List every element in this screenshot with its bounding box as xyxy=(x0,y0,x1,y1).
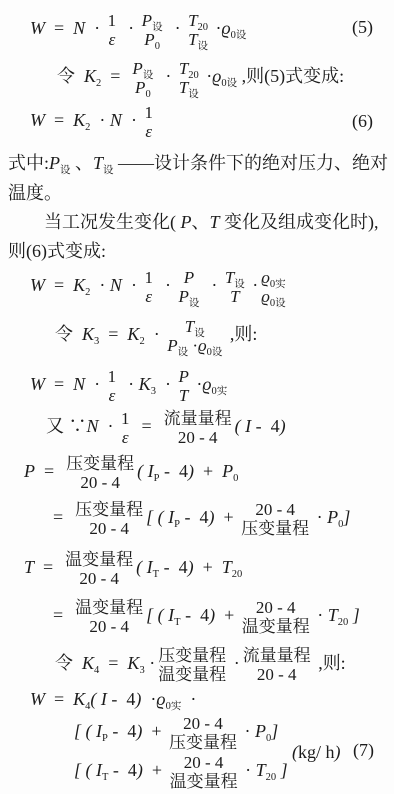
subscripted-symbol: IP xyxy=(96,721,108,741)
equation-number-5: (5) xyxy=(352,17,373,38)
formula-token: 变化及组成变化时), xyxy=(220,212,379,232)
formula-token: 20 xyxy=(188,70,199,81)
formula-token: 0 xyxy=(338,519,343,530)
formula-token: ε xyxy=(108,386,117,405)
formula-token: · xyxy=(90,110,110,130)
formula-token: 20 - 4 xyxy=(80,473,120,492)
subscripted-symbol: T设 xyxy=(225,268,245,287)
formula-token: P xyxy=(181,212,192,232)
formula-token: ε xyxy=(122,428,129,447)
fraction: 1ε xyxy=(107,367,118,405)
fraction: 温变量程20 - 4 xyxy=(64,550,134,588)
formula-token: I xyxy=(148,461,154,481)
formula-token: N xyxy=(73,18,85,38)
formula-token: P设 xyxy=(131,59,154,78)
formula-token: · xyxy=(156,66,176,86)
formula-token: 设 xyxy=(178,347,189,358)
formula-token: ε xyxy=(109,30,116,49)
equation-w-k3: W = N · 1ε · K3 · PT ·ϱ0实 xyxy=(30,367,227,405)
formula-token: 温度。 xyxy=(8,183,62,203)
formula-token: K xyxy=(73,275,85,295)
formula-token: 20 - 4 xyxy=(182,714,224,733)
subscripted-symbol: ϱ0设 xyxy=(212,66,237,86)
formula-token: T xyxy=(256,760,266,780)
formula-token: P xyxy=(102,733,108,744)
subscripted-symbol: P0 xyxy=(327,507,343,527)
formula-token: 1 xyxy=(108,11,117,30)
scanned-paper-page: W = N · 1ε · P设P0 · T20T设 ·ϱ0设 令 K2 = P设… xyxy=(0,0,394,794)
formula-token: 20 - 4 xyxy=(183,714,223,733)
formula-token: 0实 xyxy=(166,701,182,712)
formula-token: 令 xyxy=(57,66,84,86)
formula-token: 0实 xyxy=(270,279,286,290)
subscripted-symbol: K2 xyxy=(73,110,90,130)
formula-token: ) xyxy=(280,416,286,436)
fraction: P设P0 xyxy=(141,11,164,49)
formula-token: 20 - 4 xyxy=(88,617,130,636)
formula-token: P xyxy=(132,59,142,78)
formula-token: T xyxy=(185,317,194,336)
formula-token: ε xyxy=(144,287,153,306)
formula-token: 1 xyxy=(108,367,117,386)
subscripted-symbol: P0 xyxy=(255,721,271,741)
formula-token: P xyxy=(24,461,35,481)
fraction: 流量量程20 - 4 xyxy=(163,409,233,447)
formula-token: 温变量程 xyxy=(242,617,310,636)
formula-token: W xyxy=(30,18,45,38)
formula-token: T xyxy=(222,557,232,577)
formula-token: 0设 xyxy=(231,30,247,41)
formula-token: · xyxy=(181,689,196,709)
formula-token: K xyxy=(127,653,139,673)
where-clause-line-1: 式中:P设 、T设 ——设计条件下的绝对压力、绝对 xyxy=(8,151,388,179)
formula-token: 设 xyxy=(198,41,209,52)
formula-token: [ ( xyxy=(74,721,96,741)
formula-token: [ ( xyxy=(74,760,96,780)
formula-token: · xyxy=(122,275,142,295)
formula-token: - 4 xyxy=(108,721,137,741)
formula-token: 1 xyxy=(144,103,153,122)
define-k4-line: 令 K4 = K3 ·压变量程温变量程 ·流量量程20 - 4 ,则: xyxy=(55,646,346,684)
formula-token: · xyxy=(240,721,255,741)
formula-token: P xyxy=(255,721,266,741)
formula-token: 温变量程 xyxy=(158,665,226,684)
formula-token: T20 xyxy=(187,11,209,30)
formula-token: T xyxy=(225,268,234,287)
equation-7-numerator: [ ( IP - 4) + 20 - 4压变量程 · P0] xyxy=(74,714,278,752)
fraction: 20 - 4压变量程 xyxy=(240,500,310,538)
define-k2-line: 令 K2 = P设P0 · T20T设 ·ϱ0设 ,则(5)式变成: xyxy=(57,59,344,97)
subscripted-symbol: K3 xyxy=(82,324,99,344)
formula-token: T xyxy=(179,78,188,97)
equation-6: W = K2 · N · 1ε xyxy=(30,103,156,141)
formula-token: - 4 xyxy=(108,760,137,780)
subscripted-symbol: T20 xyxy=(256,760,277,780)
formula-token: P xyxy=(222,461,233,481)
formula-token: ) xyxy=(335,742,341,762)
equation-7-denominator: [ ( IT - 4) + 20 - 4温变量程 · T20 ] xyxy=(74,753,288,791)
formula-token: 1 xyxy=(107,11,118,30)
subscripted-symbol: P设 xyxy=(132,59,153,78)
formula-token: - 4 xyxy=(107,689,136,709)
formula-token: P xyxy=(184,268,194,287)
fraction: 20 - 4温变量程 xyxy=(169,753,239,791)
formula-token: 压变量程 xyxy=(168,733,238,752)
formula-token: ε xyxy=(121,428,130,447)
subscripted-symbol: P设 xyxy=(167,336,188,355)
formula-token: - 4 xyxy=(251,416,280,436)
formula-token: K xyxy=(127,324,139,344)
formula-token: K xyxy=(82,653,94,673)
formula-token: · xyxy=(248,275,259,295)
formula-token: 20 - 4 xyxy=(89,519,129,538)
formula-token: 1 xyxy=(144,268,153,287)
formula-token: - 4 xyxy=(181,605,210,625)
formula-token: · xyxy=(145,324,165,344)
formula-token: ε xyxy=(108,30,117,49)
fraction: 20 - 4温变量程 xyxy=(241,598,311,636)
formula-token: - 4 xyxy=(180,507,209,527)
formula-token: 20 - 4 xyxy=(184,753,224,772)
subscripted-symbol: T20 xyxy=(179,59,199,78)
subscripted-symbol: K4 xyxy=(73,689,90,709)
fraction: T20T设 xyxy=(178,59,200,97)
formula-token: 20 - 4 xyxy=(89,617,129,636)
formula-token: 当工况发生变化( xyxy=(44,212,181,232)
formula-token: 流量量程 xyxy=(242,646,312,665)
formula-token: 20 - 4 xyxy=(79,569,119,588)
subscripted-symbol: T设 xyxy=(185,317,205,336)
formula-token: 20 - 4 xyxy=(256,598,296,617)
formula-token: · xyxy=(99,416,119,436)
equation-number-6: (6) xyxy=(352,111,373,132)
formula-token: 2 xyxy=(139,336,144,347)
formula-token: P xyxy=(177,367,189,386)
formula-token: W xyxy=(30,275,45,295)
equation-7-line-1: W = K4( I - 4) ·ϱ0实 · xyxy=(30,687,196,715)
define-k3-line: 令 K3 = K2 · T设P设 ·ϱ0设 ,则: xyxy=(55,317,257,355)
formula-token: = xyxy=(99,653,127,673)
formula-token: · xyxy=(192,374,203,394)
formula-token: 流量量程 xyxy=(243,646,311,665)
formula-token: ( I xyxy=(235,416,252,436)
formula-token: P设 xyxy=(141,11,164,30)
formula-token: 流量量程 xyxy=(164,409,232,428)
formula-token: 0设 xyxy=(270,298,286,309)
formula-token: ,则: xyxy=(225,324,257,344)
formula-token: K xyxy=(82,324,94,344)
fraction: P设P0 xyxy=(131,59,154,97)
subscripted-symbol: IT xyxy=(168,605,180,625)
formula-token: 4 xyxy=(94,665,99,676)
formula-token: 3 xyxy=(139,665,144,676)
equation-5: W = N · 1ε · P设P0 · T20T设 ·ϱ0设 xyxy=(30,11,246,49)
formula-token: 温变量程 xyxy=(64,550,134,569)
formula-token: 压变量程 xyxy=(75,500,143,519)
formula-token: P xyxy=(174,519,180,530)
subscripted-symbol: P设 xyxy=(142,11,163,30)
formula-token: 设 xyxy=(152,22,163,33)
condition-paragraph-line-1: 当工况发生变化( P、T 变化及组成变化时), xyxy=(44,210,379,234)
formula-token: T xyxy=(328,605,338,625)
formula-token: · xyxy=(90,275,110,295)
formula-token: · xyxy=(202,66,213,86)
formula-token: ,则(5)式变成: xyxy=(237,66,344,86)
formula-token: 设 xyxy=(194,328,205,339)
subscripted-symbol: K2 xyxy=(73,275,90,295)
formula-token: 设 xyxy=(188,89,199,100)
formula-token: 0设 xyxy=(221,78,237,89)
formula-token: 设 xyxy=(143,70,154,81)
formula-token: 0 xyxy=(145,89,150,100)
fraction: 20 - 4压变量程 xyxy=(168,714,238,752)
formula-token: 2 xyxy=(85,287,90,298)
formula-token: T xyxy=(93,153,103,173)
subscripted-symbol: K3 xyxy=(139,374,156,394)
formula-token: · xyxy=(166,18,186,38)
formula-token: T设 xyxy=(224,268,246,287)
formula-token: = xyxy=(34,557,62,577)
subscripted-symbol: K4 xyxy=(82,653,99,673)
formula-token: 20 - 4 xyxy=(88,519,130,538)
formula-token: 又 ∵ xyxy=(46,416,87,436)
formula-token: · xyxy=(85,18,105,38)
formula-token: · xyxy=(145,653,156,673)
formula-token: 则(6)式变成: xyxy=(8,241,106,261)
formula-token: · xyxy=(211,18,222,38)
formula-token: P设 xyxy=(177,287,200,306)
formula-token: · xyxy=(229,653,240,673)
formula-token: 、 xyxy=(192,212,210,232)
formula-token: · xyxy=(141,689,156,709)
formula-token: P xyxy=(183,268,195,287)
formula-token: 20 xyxy=(198,22,209,33)
formula-token: ,则: xyxy=(314,653,346,673)
formula-token: 20 - 4 xyxy=(78,569,120,588)
formula-token: 温变量程 xyxy=(65,550,133,569)
formula-token: T xyxy=(210,212,220,232)
formula-token: 令 xyxy=(55,324,82,344)
formula-token: 设 xyxy=(60,165,71,176)
subscripted-symbol: ϱ0实 xyxy=(156,689,181,709)
formula-token: ε xyxy=(144,122,153,141)
formula-token: ] xyxy=(271,721,278,741)
fraction: 压变量程温变量程 xyxy=(157,646,227,684)
formula-token: 0设 xyxy=(207,347,223,358)
formula-token: ] xyxy=(276,760,288,780)
fraction: PT xyxy=(177,367,189,405)
formula-token: · xyxy=(156,275,176,295)
formula-token: 温变量程 xyxy=(169,772,239,791)
formula-token: T xyxy=(179,386,188,405)
formula-token: [ ( xyxy=(146,507,168,527)
formula-token: W xyxy=(30,110,45,130)
formula-token: P xyxy=(178,287,188,306)
identity-n-epsilon: 又 ∵N · 1ε = 流量量程20 - 4( I - 4) xyxy=(46,409,286,447)
formula-token: + xyxy=(194,461,222,481)
formula-token: T xyxy=(188,11,197,30)
formula-token: 压变量程 xyxy=(65,454,135,473)
formula-token: + xyxy=(142,721,166,741)
formula-token: 3 xyxy=(94,336,99,347)
formula-token: · xyxy=(122,110,142,130)
formula-token: 1 xyxy=(120,409,131,428)
formula-token: ϱ xyxy=(261,268,270,287)
formula-token: T xyxy=(102,772,108,783)
equation-t-line-2: = 温变量程20 - 4[ ( IT - 4) + 20 - 4温变量程 · T… xyxy=(53,598,360,636)
formula-token: ϱ xyxy=(261,287,270,306)
formula-token: = xyxy=(45,689,73,709)
subscripted-symbol: IT xyxy=(96,760,108,780)
formula-token: 压变量程 xyxy=(240,519,310,538)
formula-token: · xyxy=(119,18,139,38)
formula-token: [ ( xyxy=(146,605,168,625)
equation-p-line-1: P = 压变量程20 - 4( IP - 4) + P0 xyxy=(24,454,238,492)
formula-token: 20 - 4 xyxy=(183,753,225,772)
fraction: 1ε xyxy=(107,11,118,49)
formula-token: ε xyxy=(145,122,152,141)
formula-token: + xyxy=(194,557,222,577)
formula-token: ϱ0实 xyxy=(260,268,286,287)
formula-token: - 4 xyxy=(160,461,189,481)
formula-token: ϱ xyxy=(222,18,231,38)
formula-token: ] xyxy=(343,507,350,527)
formula-token: 20 - 4 xyxy=(256,665,298,684)
formula-token: 1 xyxy=(143,103,154,122)
fraction: 流量量程20 - 4 xyxy=(242,646,312,684)
formula-token: T设 xyxy=(184,317,206,336)
formula-token: P xyxy=(178,367,188,386)
formula-token: 20 xyxy=(232,569,243,580)
subscripted-symbol: T设 xyxy=(93,153,114,173)
formula-token: K xyxy=(84,66,96,86)
formula-token: 温变量程 xyxy=(75,598,143,617)
formula-token: 0 xyxy=(155,41,160,52)
formula-token: T xyxy=(188,30,197,49)
formula-token: = xyxy=(133,416,161,436)
formula-token: T20 xyxy=(178,59,200,78)
fraction: 1ε xyxy=(143,268,154,306)
subscripted-symbol: ϱ0实 xyxy=(261,268,285,287)
subscripted-symbol: K3 xyxy=(127,653,144,673)
formula-token: = xyxy=(53,605,72,625)
formula-token: 流量量程 xyxy=(163,409,233,428)
formula-token: · xyxy=(202,275,222,295)
formula-token: 温变量程 xyxy=(157,665,227,684)
formula-token: K xyxy=(73,689,85,709)
formula-token: ( I xyxy=(90,689,107,709)
formula-token: 压变量程 xyxy=(158,646,226,665)
equation-p-line-2: = 压变量程20 - 4[ ( IP - 4) + 20 - 4压变量程 · P… xyxy=(53,500,350,538)
formula-token: 设 xyxy=(234,279,245,290)
fraction: PP设 xyxy=(177,268,200,306)
where-clause-line-2: 温度。 xyxy=(8,181,62,205)
formula-token: 20 - 4 xyxy=(255,500,295,519)
formula-token: 20 - 4 xyxy=(254,500,296,519)
formula-token: 20 - 4 xyxy=(79,473,121,492)
formula-token: = xyxy=(101,66,129,86)
formula-token: N xyxy=(110,275,122,295)
formula-token: T xyxy=(153,569,159,580)
formula-token: 温变量程 xyxy=(170,772,238,791)
formula-token: P xyxy=(49,153,60,173)
equation-6-expanded: W = K2 · N · 1ε · PP设 · T设T ·ϱ0实ϱ0设 xyxy=(30,268,289,306)
fraction: ϱ0实ϱ0设 xyxy=(260,268,286,306)
formula-token: + xyxy=(215,507,239,527)
formula-token: T xyxy=(179,59,188,78)
subscripted-symbol: K2 xyxy=(84,66,101,86)
formula-token: T xyxy=(174,617,180,628)
formula-token: 压变量程 xyxy=(169,733,237,752)
formula-token: 2 xyxy=(96,78,101,89)
formula-token: 4 xyxy=(85,701,90,712)
formula-token: N xyxy=(110,110,122,130)
formula-token: + xyxy=(215,605,239,625)
formula-token: W xyxy=(30,689,45,709)
equation-number-7: (7) xyxy=(353,740,374,761)
fraction: 压变量程20 - 4 xyxy=(74,500,144,538)
fraction: 1ε xyxy=(143,103,154,141)
formula-token: 、 xyxy=(71,153,94,173)
formula-token: 3 xyxy=(151,386,156,397)
subscripted-symbol: T20 xyxy=(222,557,243,577)
unit-label-kg-per-h: (kg/ h) xyxy=(292,740,341,764)
subscripted-symbol: ϱ0实 xyxy=(202,374,227,394)
formula-token: 1 xyxy=(107,367,118,386)
formula-token: 20 - 4 xyxy=(178,428,218,447)
formula-token: 1 xyxy=(121,409,130,428)
formula-token: = xyxy=(45,18,73,38)
formula-token: = xyxy=(53,507,72,527)
formula-token: 20 xyxy=(338,617,349,628)
subscripted-symbol: IP xyxy=(148,461,160,481)
fraction: 压变量程20 - 4 xyxy=(65,454,135,492)
formula-token: K xyxy=(73,110,85,130)
formula-token: ——设计条件下的绝对压力、绝对 xyxy=(114,153,389,173)
formula-token: = xyxy=(35,461,63,481)
formula-token: P xyxy=(327,507,338,527)
formula-token: 压变量程 xyxy=(241,519,309,538)
formula-token: · xyxy=(312,507,327,527)
formula-token: 设 xyxy=(103,165,114,176)
formula-token: 1 xyxy=(143,268,154,287)
subscripted-symbol: ϱ0设 xyxy=(222,18,247,38)
formula-token: · xyxy=(156,374,176,394)
formula-token: T xyxy=(24,557,34,577)
subscripted-symbol: IT xyxy=(147,557,159,577)
formula-token: · xyxy=(119,374,139,394)
formula-token: = xyxy=(99,324,127,344)
formula-token: I xyxy=(147,557,153,577)
formula-token: P xyxy=(167,336,177,355)
formula-token: 20 - 4 xyxy=(257,665,297,684)
fraction: 1ε xyxy=(120,409,131,447)
fraction: T20T设 xyxy=(187,11,209,49)
formula-token: P xyxy=(142,11,152,30)
subscripted-symbol: K2 xyxy=(127,324,144,344)
formula-token: = xyxy=(45,275,73,295)
formula-token: 0 xyxy=(233,473,238,484)
formula-token: 设 xyxy=(189,298,200,309)
formula-token: 温变量程 xyxy=(241,617,311,636)
formula-token: 温变量程 xyxy=(74,598,144,617)
formula-token: P xyxy=(154,473,160,484)
formula-token: = xyxy=(45,374,73,394)
formula-token: 式中: xyxy=(8,153,49,173)
formula-token: kg/ h xyxy=(298,742,335,762)
formula-token: 令 xyxy=(55,653,82,673)
formula-token: N xyxy=(73,374,85,394)
